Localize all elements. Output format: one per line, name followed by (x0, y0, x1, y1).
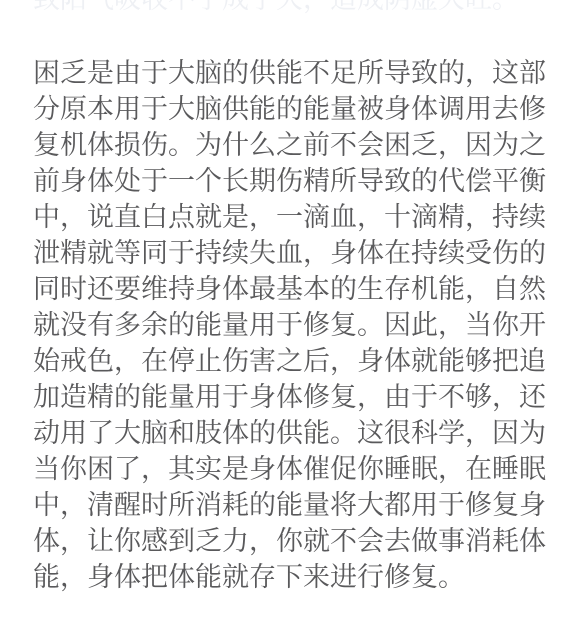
reader-page: 致阳气吸收不了成了火，造成阴虚火旺。 困乏是由于大脑的供能不足所导致的，这部 分… (0, 0, 580, 636)
paragraph-line: 复机体损伤。为什么之前不会困乏，因为之 (33, 127, 547, 163)
paragraph-line: 体，让你感到乏力，你就不会去做事消耗体 (33, 523, 547, 559)
paragraph-line: 当你困了，其实是身体催促你睡眠，在睡眠 (33, 451, 547, 487)
paragraph-line: 泄精就等同于持续失血，身体在持续受伤的 (33, 235, 547, 271)
body-text-paragraph: 困乏是由于大脑的供能不足所导致的，这部 分原本用于大脑供能的能量被身体调用去修 … (33, 55, 547, 595)
paragraph-line: 同时还要维持身体最基本的生存机能，自然 (33, 271, 547, 307)
paragraph-line: 中，说直白点就是，一滴血，十滴精，持续 (33, 199, 547, 235)
paragraph-line: 能，身体把体能就存下来进行修复。 (33, 559, 547, 595)
paragraph-line: 困乏是由于大脑的供能不足所导致的，这部 (33, 55, 547, 91)
paragraph-line: 加造精的能量用于身体修复，由于不够，还 (33, 379, 547, 415)
paragraph-line: 动用了大脑和肢体的供能。这很科学，因为 (33, 415, 547, 451)
paragraph-line: 中，清醒时所消耗的能量将大都用于修复身 (33, 487, 547, 523)
paragraph-line: 始戒色，在停止伤害之后，身体就能够把追 (33, 343, 547, 379)
paragraph-line: 分原本用于大脑供能的能量被身体调用去修 (33, 91, 547, 127)
paragraph-line: 就没有多余的能量用于修复。因此，当你开 (33, 307, 547, 343)
previous-paragraph-faded-line: 致阳气吸收不了成了火，造成阴虚火旺。 (33, 0, 547, 13)
paragraph-line: 前身体处于一个长期伤精所导致的代偿平衡 (33, 163, 547, 199)
